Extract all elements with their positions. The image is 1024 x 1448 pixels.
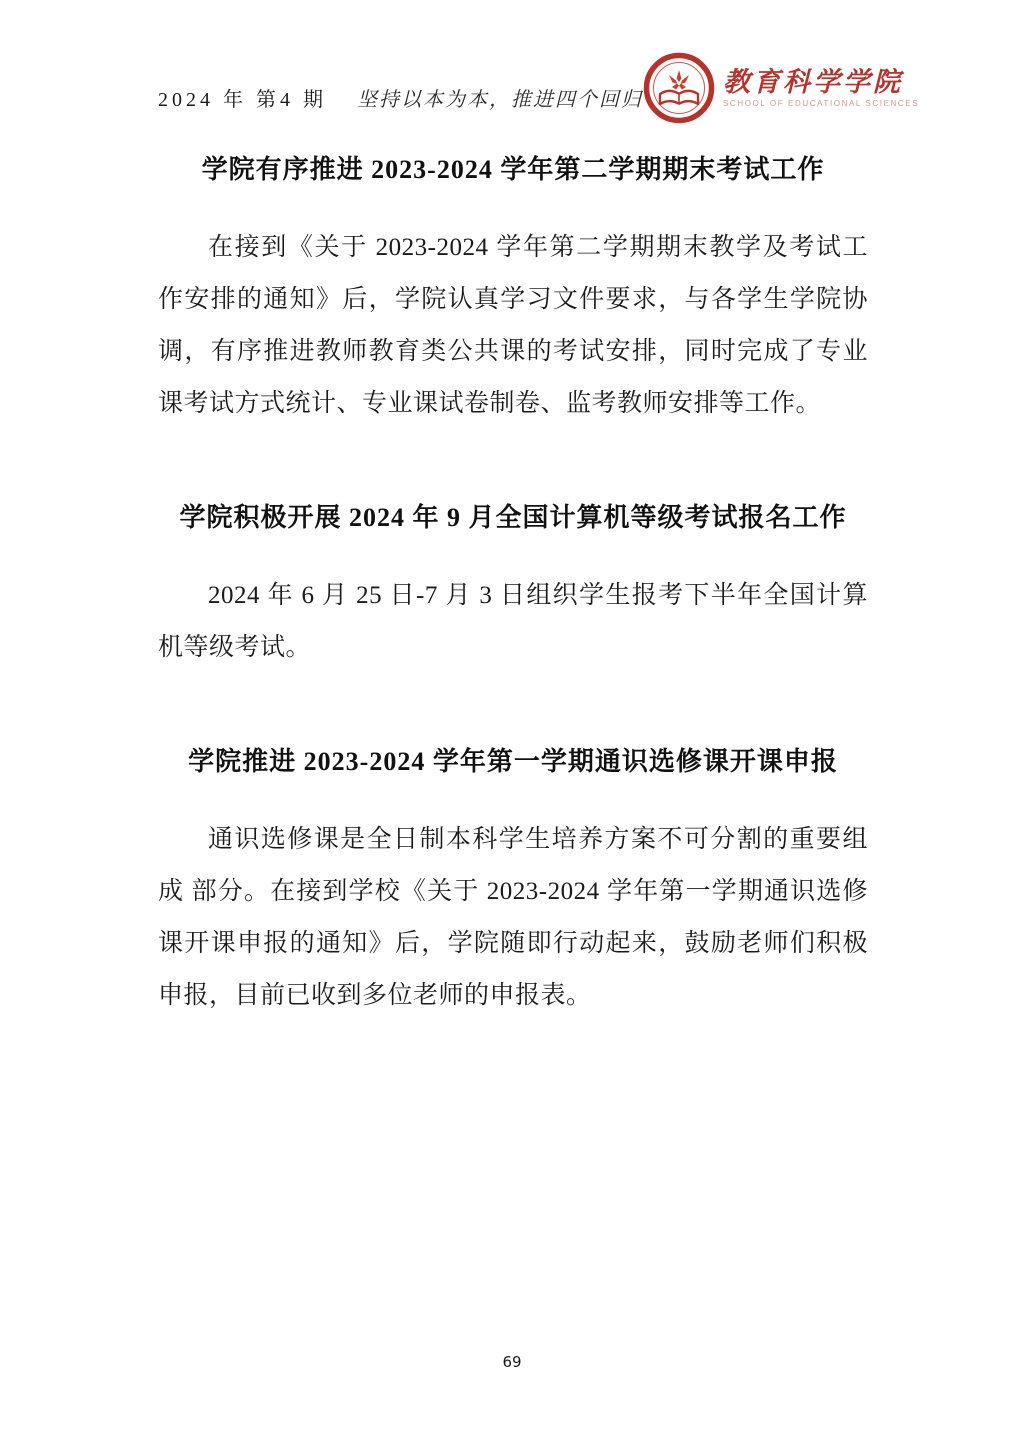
article-paragraph: 2024 年 6 月 25 日-7 月 3 日组织学生报考下半年全国计算机等级考… — [158, 570, 868, 674]
college-seal-icon — [643, 52, 715, 124]
page-header: 2024 年 第4 期 坚持以本为本，推进四个回归 教育 — [158, 52, 884, 124]
article-computer-exam: 学院积极开展 2024 年 9 月全国计算机等级考试报名工作 2024 年 6 … — [158, 500, 868, 674]
article-title: 学院有序推进 2023-2024 学年第二学期期末考试工作 — [158, 152, 868, 188]
article-paragraph: 在接到《关于 2023-2024 学年第二学期期末教学及考试工作安排的通知》后，… — [158, 222, 868, 430]
page-footer: 69 — [0, 1353, 1024, 1372]
college-logo-text: 教育科学学院 SCHOOL OF EDUCATIONAL SCIENCES — [723, 68, 919, 109]
issue-info: 2024 年 第4 期 — [158, 83, 327, 112]
college-name-en: SCHOOL OF EDUCATIONAL SCIENCES — [723, 99, 919, 108]
page-number: 69 — [502, 1353, 521, 1371]
header-motto: 坚持以本为本，推进四个回归 — [357, 83, 643, 112]
college-logo: 教育科学学院 SCHOOL OF EDUCATIONAL SCIENCES — [643, 52, 919, 124]
article-final-exam: 学院有序推进 2023-2024 学年第二学期期末考试工作 在接到《关于 202… — [158, 152, 868, 430]
header-issue-line: 2024 年 第4 期 坚持以本为本，推进四个回归 — [158, 65, 643, 112]
article-title: 学院积极开展 2024 年 9 月全国计算机等级考试报名工作 — [158, 500, 868, 536]
article-title: 学院推进 2023-2024 学年第一学期通识选修课开课申报 — [158, 744, 868, 780]
college-name-cn: 教育科学学院 — [723, 68, 919, 98]
page-content: 学院有序推进 2023-2024 学年第二学期期末考试工作 在接到《关于 202… — [158, 132, 868, 1022]
newsletter-page: 2024 年 第4 期 坚持以本为本，推进四个回归 教育 — [0, 0, 1024, 1448]
article-paragraph: 通识选修课是全日制本科学生培养方案不可分割的重要组成 部分。在接到学校《关于 2… — [158, 814, 868, 1022]
article-elective-courses: 学院推进 2023-2024 学年第一学期通识选修课开课申报 通识选修课是全日制… — [158, 744, 868, 1022]
